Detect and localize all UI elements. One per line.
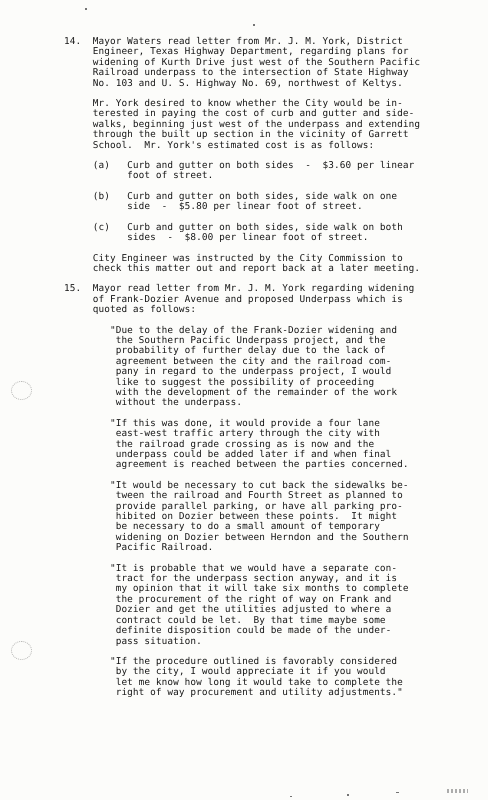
minutes-text-block: 14. Mayor Waters read letter from Mr. J.… bbox=[64, 37, 444, 709]
cost-option-a: (a) Curb and gutter on both sides - $3.6… bbox=[64, 161, 444, 182]
scan-smudge bbox=[447, 789, 468, 793]
punch-hole-mark bbox=[11, 641, 32, 660]
scan-speck bbox=[85, 8, 87, 10]
quote-paragraph-1: "Due to the delay of the Frank-Dozier wi… bbox=[64, 326, 444, 409]
quote-paragraph-5: "If the procedure outlined is favorably … bbox=[64, 657, 444, 699]
punch-hole-mark bbox=[11, 381, 32, 400]
scanned-minutes-page: 14. Mayor Waters read letter from Mr. J.… bbox=[0, 0, 488, 800]
item-14-intro: 14. Mayor Waters read letter from Mr. J.… bbox=[64, 37, 444, 89]
scan-speck bbox=[396, 792, 399, 793]
scan-speck bbox=[290, 796, 292, 797]
minutes-item-14: 14. Mayor Waters read letter from Mr. J.… bbox=[64, 37, 444, 274]
item-14-york-inquiry: Mr. York desired to know whether the Cit… bbox=[64, 99, 444, 151]
quote-paragraph-3: "It would be necessary to cut back the s… bbox=[64, 481, 444, 554]
cost-option-c: (c) Curb and gutter on both sides, side … bbox=[64, 223, 444, 244]
item-14-engineer-instruction: City Engineer was instructed by the City… bbox=[64, 254, 444, 275]
item-15-intro: 15. Mayor read letter from Mr. J. M. Yor… bbox=[64, 284, 444, 315]
quote-paragraph-4: "It is probable that we would have a sep… bbox=[64, 564, 444, 647]
minutes-item-15: 15. Mayor read letter from Mr. J. M. Yor… bbox=[64, 284, 444, 698]
scan-speck bbox=[347, 794, 349, 796]
cost-option-b: (b) Curb and gutter on both sides, side … bbox=[64, 192, 444, 213]
scan-speck bbox=[253, 24, 255, 26]
quote-paragraph-2: "If this was done, it would provide a fo… bbox=[64, 419, 444, 471]
